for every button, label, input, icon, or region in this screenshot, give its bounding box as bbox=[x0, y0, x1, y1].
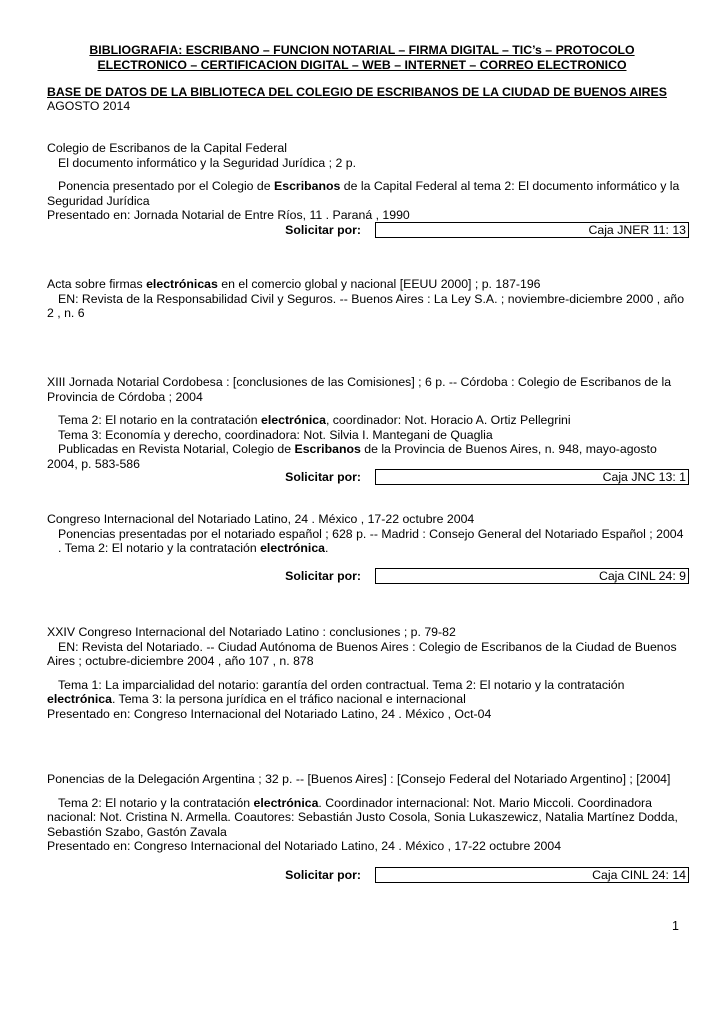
request-row: Solicitar por: Caja JNC 13: 1 bbox=[47, 469, 691, 486]
database-date: AGOSTO 2014 bbox=[47, 99, 130, 114]
request-label: Solicitar por: bbox=[285, 868, 361, 883]
entry-topic: . Tema 2: El notario y la contratación e… bbox=[47, 541, 687, 556]
entry-title: Congreso Internacional del Notariado Lat… bbox=[47, 512, 687, 527]
database-title: BASE DE DATOS DE LA BIBLIOTECA DEL COLEG… bbox=[47, 85, 667, 100]
request-location-box: Caja CINL 24: 9 bbox=[375, 568, 689, 584]
entry-title: Ponencias de la Delegación Argentina ; 3… bbox=[47, 772, 687, 787]
entry-presented: Presentado en: Congreso Internacional de… bbox=[47, 839, 687, 854]
bibliography-entry: Ponencias de la Delegación Argentina ; 3… bbox=[47, 772, 687, 854]
document-page: BIBLIOGRAFIA: ESCRIBANO – FUNCION NOTARI… bbox=[0, 0, 724, 1024]
bibliography-entry: Congreso Internacional del Notariado Lat… bbox=[47, 512, 687, 556]
entry-topic: Tema 3: Economía y derecho, coordinadora… bbox=[47, 428, 687, 443]
bibliography-entry: XXIV Congreso Internacional del Notariad… bbox=[47, 625, 687, 721]
entry-author: Colegio de Escribanos de la Capital Fede… bbox=[47, 141, 687, 156]
request-row: Solicitar por: Caja CINL 24: 14 bbox=[47, 867, 691, 884]
document-title: BIBLIOGRAFIA: ESCRIBANO – FUNCION NOTARI… bbox=[40, 43, 684, 72]
entry-presented: Presentado en: Congreso Internacional de… bbox=[47, 707, 687, 722]
entry-title: XXIV Congreso Internacional del Notariad… bbox=[47, 625, 687, 640]
entry-note: Tema 2: El notario y la contratación ele… bbox=[47, 796, 687, 840]
request-row: Solicitar por: Caja CINL 24: 9 bbox=[47, 568, 691, 585]
entry-title: Acta sobre firmas electrónicas en el com… bbox=[47, 277, 687, 292]
entry-source: EN: Revista del Notariado. -- Ciudad Aut… bbox=[47, 640, 687, 669]
request-label: Solicitar por: bbox=[285, 470, 361, 485]
request-location-box: Caja JNC 13: 1 bbox=[375, 469, 689, 485]
request-location-box: Caja CINL 24: 14 bbox=[375, 867, 689, 883]
entry-source: Ponencias presentadas por el notariado e… bbox=[47, 527, 687, 542]
entry-title: XIII Jornada Notarial Cordobesa : [concl… bbox=[47, 375, 687, 404]
bibliography-entry: XIII Jornada Notarial Cordobesa : [concl… bbox=[47, 375, 687, 471]
entry-source: EN: Revista de la Responsabilidad Civil … bbox=[47, 292, 687, 321]
entry-note: Ponencia presentado por el Colegio de Es… bbox=[47, 179, 687, 208]
bibliography-entry: Colegio de Escribanos de la Capital Fede… bbox=[47, 141, 687, 223]
entry-topic: Tema 2: El notario en la contratación el… bbox=[47, 413, 687, 428]
entry-presented: Presentado en: Jornada Notarial de Entre… bbox=[47, 208, 687, 223]
request-row: Solicitar por: Caja JNER 11: 13 bbox=[47, 222, 691, 239]
entry-title: El documento informático y la Seguridad … bbox=[47, 156, 687, 171]
page-number: 1 bbox=[672, 919, 679, 934]
title-line-1: BIBLIOGRAFIA: ESCRIBANO – FUNCION NOTARI… bbox=[40, 43, 684, 58]
entry-publication: Publicadas en Revista Notarial, Colegio … bbox=[47, 442, 687, 471]
title-line-2: ELECTRONICO – CERTIFICACION DIGITAL – WE… bbox=[40, 58, 684, 73]
request-location-box: Caja JNER 11: 13 bbox=[375, 222, 689, 238]
bibliography-entry: Acta sobre firmas electrónicas en el com… bbox=[47, 277, 687, 321]
request-label: Solicitar por: bbox=[285, 569, 361, 584]
entry-note: Tema 1: La imparcialidad del notario: ga… bbox=[47, 678, 687, 707]
request-label: Solicitar por: bbox=[285, 223, 361, 238]
